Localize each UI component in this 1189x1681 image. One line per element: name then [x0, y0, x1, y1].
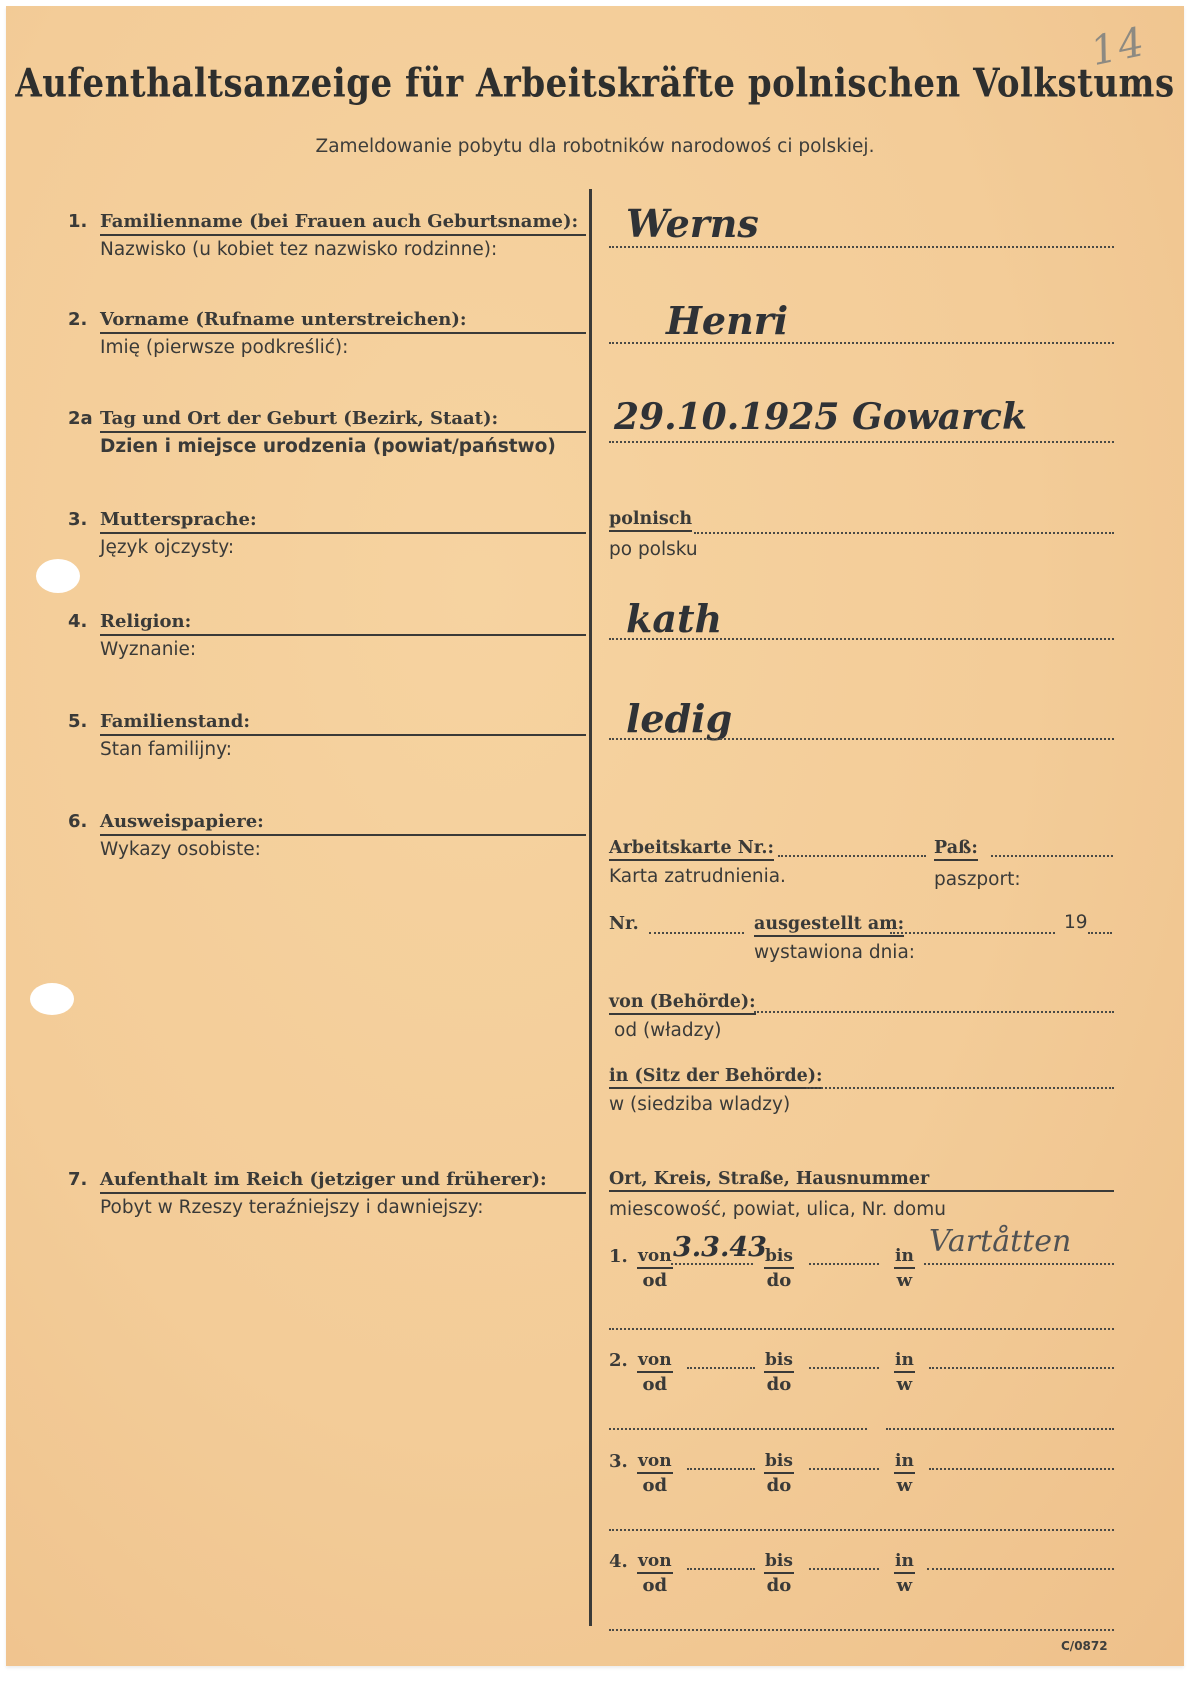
from-value-line[interactable]: [687, 1568, 755, 1570]
label-german: Tag und Ort der Geburt (Bezirk, Staat):: [100, 408, 586, 433]
field-number: 4.: [68, 611, 87, 632]
from-label: vonod: [637, 1350, 673, 1395]
place-value-line[interactable]: [924, 1263, 1114, 1265]
field-number: 2.: [68, 309, 87, 330]
field-number: 2a: [68, 408, 93, 429]
to-value-line[interactable]: [809, 1468, 879, 1470]
from-value[interactable]: 3.3.43: [673, 1232, 767, 1263]
field-3-value-german: polnisch: [609, 509, 692, 532]
field-2a-value-birth[interactable]: 29.10.1925 Gowarck: [614, 396, 1027, 438]
from-value-line[interactable]: [687, 1468, 755, 1470]
from-label: vonod: [637, 1451, 673, 1496]
issued-label-polish: wystawiona dnia:: [754, 942, 915, 963]
place-value[interactable]: Vartåtten: [929, 1224, 1071, 1259]
label-polish: Wykazy osobiste:: [100, 839, 261, 860]
row-number: 2.: [609, 1350, 628, 1371]
to-value-line[interactable]: [809, 1367, 879, 1369]
row-2-second-line-a[interactable]: [609, 1428, 867, 1430]
issued-value-line[interactable]: [890, 932, 1055, 934]
authority-label-polish: od (władzy): [614, 1020, 722, 1041]
issued-label-german: ausgestellt am:: [754, 914, 904, 937]
row-number: 4.: [609, 1551, 628, 1572]
authority-value-line[interactable]: [754, 1011, 1114, 1013]
label-german: Ausweispapiere:: [100, 811, 586, 836]
field-number: 5.: [68, 711, 87, 732]
label-german: Aufenthalt im Reich (jetziger und früher…: [100, 1169, 586, 1194]
field-5-value-marital-status[interactable]: ledig: [626, 696, 732, 741]
residence-header-german: Ort, Kreis, Straße, Hausnummer: [609, 1169, 1114, 1192]
label-german: Familienstand:: [100, 711, 586, 736]
form-title: Aufenthaltsanzeige für Arbeitskräfte pol…: [6, 61, 1184, 107]
row-2-second-line-b[interactable]: [886, 1428, 1114, 1430]
row-4-second-line[interactable]: [609, 1629, 1114, 1631]
in-label: inw: [894, 1451, 915, 1496]
label-polish: Wyznanie:: [100, 639, 196, 660]
field-1-line: [609, 246, 1114, 248]
passport-label-polish: paszport:: [934, 869, 1021, 890]
form-subtitle: Zameldowanie pobytu dla robotników narod…: [6, 136, 1184, 157]
punch-hole: [36, 559, 80, 593]
place-value-line[interactable]: [929, 1367, 1114, 1369]
field-1-value-surname[interactable]: Werns: [626, 201, 759, 246]
field-number: 7.: [68, 1169, 87, 1190]
seat-label-polish: w (siedziba wladzy): [609, 1094, 790, 1115]
field-3-line: [694, 532, 1114, 534]
label-polish: Dzien i miejsce urodzenia (powiat/państw…: [100, 436, 556, 457]
label-german: Muttersprache:: [100, 509, 586, 534]
to-label: bisdo: [764, 1451, 794, 1496]
from-value-line[interactable]: [671, 1263, 753, 1265]
label-polish: Imię (pierwsze podkreślić):: [100, 337, 348, 358]
form-code: C/0872: [1061, 1639, 1108, 1653]
column-divider: [589, 189, 592, 1626]
in-label: inw: [894, 1246, 915, 1291]
year-value-line[interactable]: [1088, 932, 1112, 934]
place-value-line[interactable]: [927, 1568, 1114, 1570]
residence-row-2: 2. vonod bisdo inw: [609, 1346, 1119, 1406]
to-label: bisdo: [764, 1551, 794, 1596]
seat-label-german: in (Sitz der Behörde):: [609, 1066, 822, 1089]
nr-label: Nr.: [609, 914, 639, 934]
field-4-value-religion[interactable]: kath: [626, 596, 722, 641]
to-label: bisdo: [764, 1246, 794, 1291]
label-polish: Stan familijny:: [100, 739, 232, 760]
nr-value-line[interactable]: [649, 932, 744, 934]
field-2-value-first-name[interactable]: Henri: [666, 298, 788, 343]
passport-label-german: Paß:: [934, 838, 978, 861]
row-1-second-line[interactable]: [609, 1328, 1114, 1330]
residence-row-1: 1. vonod 3.3.43 bisdo inw Vartåtten: [609, 1242, 1119, 1302]
form-paper: 14 Aufenthaltsanzeige für Arbeitskräfte …: [6, 6, 1184, 1666]
label-german: Familienname (bei Frauen auch Geburtsnam…: [100, 211, 586, 236]
row-3-second-line[interactable]: [609, 1529, 1114, 1531]
field-2-line: [609, 342, 1114, 344]
field-3-value-polish: po polsku: [609, 539, 698, 560]
in-label: inw: [894, 1350, 915, 1395]
label-german: Vorname (Rufname unterstreichen):: [100, 309, 586, 334]
field-number: 1.: [68, 211, 87, 232]
from-value-line[interactable]: [687, 1367, 755, 1369]
to-value-line[interactable]: [809, 1263, 879, 1265]
place-value-line[interactable]: [929, 1468, 1114, 1470]
label-polish: Pobyt w Rzeszy teraźniejszy i dawniejszy…: [100, 1197, 483, 1218]
work-card-value-line[interactable]: [778, 855, 926, 857]
row-number: 3.: [609, 1451, 628, 1472]
residence-row-4: 4. vonod bisdo inw: [609, 1547, 1119, 1607]
field-5-line: [609, 738, 1114, 740]
from-label: vonod: [637, 1551, 673, 1596]
residence-row-3: 3. vonod bisdo inw: [609, 1447, 1119, 1507]
passport-value-line[interactable]: [991, 855, 1113, 857]
punch-hole: [30, 983, 74, 1015]
field-number: 6.: [68, 811, 87, 832]
authority-label-german: von (Behörde):: [609, 992, 756, 1015]
label-german: Religion:: [100, 611, 586, 636]
row-number: 1.: [609, 1246, 628, 1267]
to-label: bisdo: [764, 1350, 794, 1395]
in-label: inw: [894, 1551, 915, 1596]
label-polish: Język ojczysty:: [100, 537, 234, 558]
from-label: vonod: [637, 1246, 673, 1291]
residence-header-polish: miescowość, powiat, ulica, Nr. domu: [609, 1199, 946, 1220]
seat-value-line[interactable]: [806, 1087, 1114, 1089]
work-card-label-polish: Karta zatrudnienia.: [609, 866, 786, 887]
field-4-line: [609, 638, 1114, 640]
field-number: 3.: [68, 509, 87, 530]
field-2a-line: [609, 441, 1114, 443]
year-prefix: 19: [1064, 912, 1088, 933]
label-polish: Nazwisko (u kobiet tez nazwisko rodzinne…: [100, 239, 497, 260]
work-card-label-german: Arbeitskarte Nr.:: [609, 838, 774, 861]
to-value-line[interactable]: [809, 1568, 879, 1570]
